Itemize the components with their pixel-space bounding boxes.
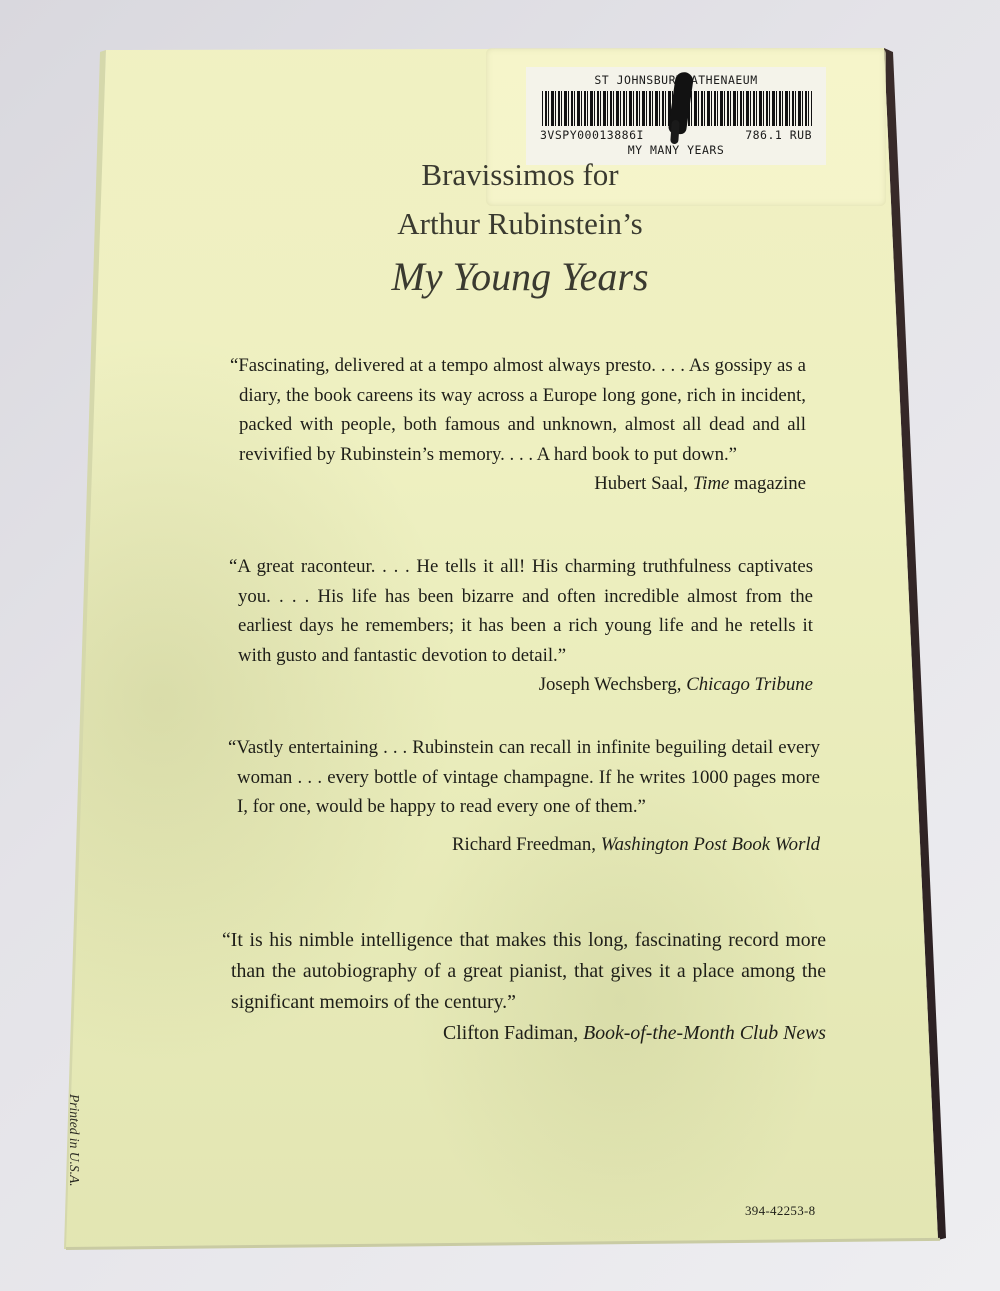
quote-source: Chicago Tribune [686, 674, 813, 695]
quote-source: Book-of-the-Month Club News [583, 1022, 826, 1044]
printed-in-usa: Printed in U.S.A. [66, 1094, 82, 1187]
review-quote: “Vastly entertaining . . . Rubinstein ca… [228, 733, 820, 859]
quote-source: Washington Post Book World [601, 834, 820, 855]
barcode-id: 3VSPY00013886I [540, 128, 644, 142]
call-number: 786.1 RUB [745, 128, 812, 142]
quote-text: “A great raconteur. . . . He tells it al… [229, 552, 813, 670]
heading-line-2: Arthur Rubinstein’s [300, 206, 740, 242]
quote-source: Time [693, 473, 730, 494]
quote-author: Clifton Fadiman, [443, 1022, 578, 1044]
quote-attribution: Clifton Fadiman, Book-of-the-Month Club … [222, 1018, 826, 1049]
review-quote: “A great raconteur. . . . He tells it al… [229, 552, 813, 700]
quote-attribution: Richard Freedman, Washington Post Book W… [228, 830, 820, 860]
quote-text: “It is his nimble intelligence that make… [222, 925, 826, 1018]
quote-author: Joseph Wechsberg, [539, 674, 682, 695]
quote-attribution: Hubert Saal, Time magazine [230, 469, 806, 499]
heading-line-1: Bravissimos for [300, 157, 740, 193]
quote-text: “Vastly entertaining . . . Rubinstein ca… [228, 733, 820, 822]
label-title: MY MANY YEARS [526, 143, 826, 157]
isbn-number: 394-42253-8 [745, 1203, 815, 1219]
quote-text: “Fascinating, delivered at a tempo almos… [230, 351, 806, 469]
quote-source-suffix: magazine [734, 473, 806, 494]
marker-scribble-tail [670, 120, 680, 144]
quote-attribution: Joseph Wechsberg, Chicago Tribune [229, 670, 813, 700]
quote-author: Richard Freedman, [452, 834, 596, 855]
quote-author: Hubert Saal, [594, 473, 688, 494]
review-quote: “It is his nimble intelligence that make… [222, 925, 826, 1049]
heading-book-title: My Young Years [300, 253, 740, 300]
review-quote: “Fascinating, delivered at a tempo almos… [230, 351, 806, 499]
